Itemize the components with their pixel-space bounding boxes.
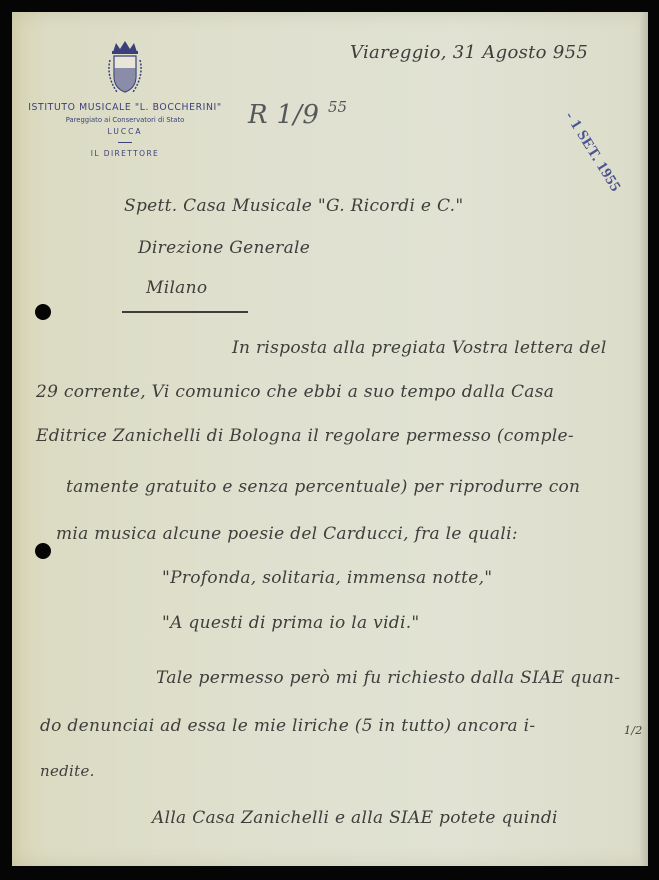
letterhead: ISTITUTO MUSICALE "L. BOCCHERINI" Paregg… [20,40,230,158]
margin-note: 1/2 [624,724,643,737]
addressee-underline [122,311,248,313]
body-line-7: do denunciai ad essa le mie liriche (5 i… [40,716,535,736]
body-line-3: Editrice Zanichelli di Bologna il regola… [36,426,574,446]
reference-suffix: 55 [328,98,347,116]
letterhead-divider [118,142,132,143]
body-line-6: Tale permesso però mi fu richiesto dalla… [156,668,620,688]
body-line-5: mia musica alcune poesie del Carducci, f… [56,524,518,544]
body-line-1: In risposta alla pregiata Vostra lettera… [232,338,607,358]
institution-name: ISTITUTO MUSICALE "L. BOCCHERINI" [20,102,230,113]
body-line-8: nedite. [40,762,95,780]
punch-hole-top [35,304,51,320]
body-line-4: tamente gratuito e senza percentuale) pe… [66,477,580,497]
date-line: Viareggio, 31 Agosto 955 [350,42,588,63]
sender-role: IL DIRETTORE [20,149,230,158]
quoted-poem-1: "Profonda, solitaria, immensa notte," [162,568,492,588]
addressee-line-1: Spett. Casa Musicale "G. Ricordi e C." [124,196,463,216]
body-line-2: 29 corrente, Vi comunico che ebbi a suo … [36,382,554,402]
crowned-shield-crest-icon [101,40,149,98]
institution-city: LUCCA [20,127,230,136]
reference-mark: R 1/9 [248,100,319,130]
punch-hole-bottom [35,543,51,559]
quoted-poem-2: "A questi di prima io la vidi." [162,613,420,633]
addressee-city: Milano [146,278,207,298]
institution-subtitle: Pareggiato ai Conservatori di Stato [20,116,230,124]
page-edge [640,12,648,866]
addressee-line-2: Direzione Generale [138,238,310,258]
body-line-9: Alla Casa Zanichelli e alla SIAE potete … [152,808,558,828]
